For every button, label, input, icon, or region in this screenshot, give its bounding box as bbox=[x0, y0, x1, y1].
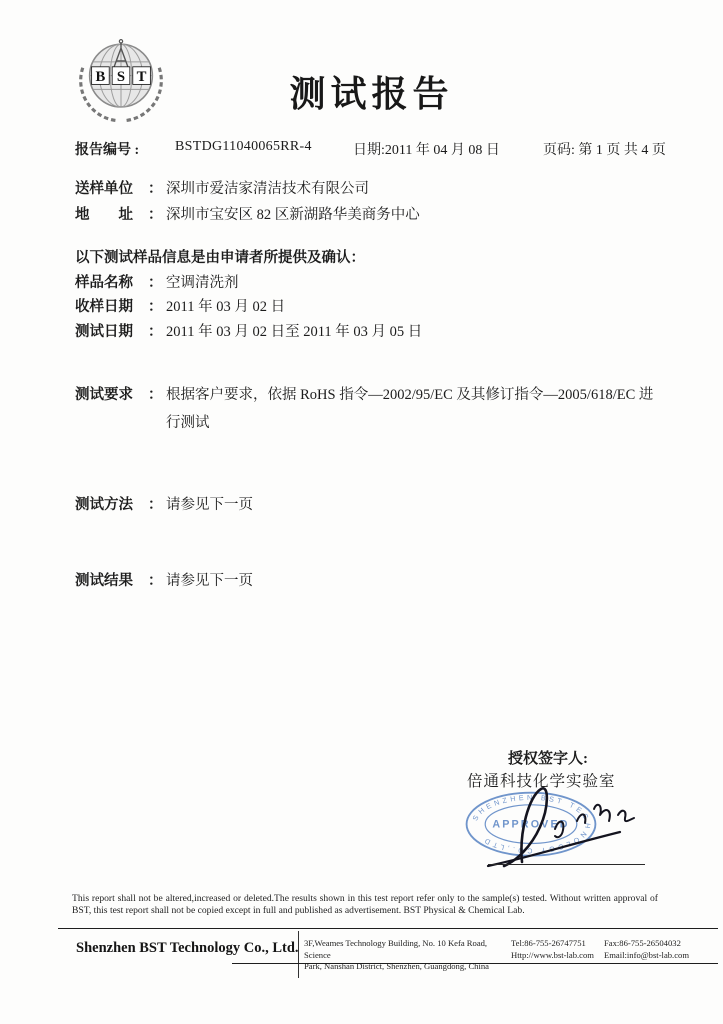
applicant-label: 送样单位 bbox=[75, 177, 148, 198]
test-method-label: 测试方法 bbox=[75, 493, 148, 514]
footer-top-rule bbox=[58, 928, 718, 929]
received-date-value: 2011 年 03 月 02 日 bbox=[166, 295, 285, 316]
test-method-value: 请参见下一页 bbox=[166, 493, 253, 514]
test-method-row: 测试方法 ： 请参见下一页 bbox=[75, 493, 253, 514]
address-row: 地 址 ： 深圳市宝安区 82 区新湖路华美商务中心 bbox=[75, 203, 420, 224]
colon: ： bbox=[148, 383, 166, 404]
test-result-label: 测试结果 bbox=[75, 569, 148, 590]
colon: ： bbox=[148, 177, 166, 198]
test-requirement-line2: 行测试 bbox=[166, 411, 210, 432]
footer-company-name: Shenzhen BST Technology Co., Ltd. bbox=[76, 940, 294, 957]
test-requirement-line1: 根据客户要求，依据 RoHS 指令—2002/95/EC 及其修订指令—2005… bbox=[166, 383, 653, 404]
footer-email: Email:info@bst-lab.com bbox=[604, 950, 716, 962]
address-label: 地 址 bbox=[75, 203, 148, 224]
footer-bottom-rule bbox=[232, 963, 718, 964]
report-no-label: 报告编号 : bbox=[75, 139, 175, 159]
report-page-info: 页码: 第 1 页 共 4 页 bbox=[543, 139, 666, 159]
test-date-value: 2011 年 03 月 02 日至 2011 年 03 月 05 日 bbox=[166, 320, 422, 341]
colon: ： bbox=[148, 493, 166, 514]
footer-tel: Tel:86-755-26747751 bbox=[511, 938, 603, 950]
received-date-label: 收样日期 bbox=[75, 295, 148, 316]
footer-fax: Fax:86-755-26504032 bbox=[604, 938, 716, 950]
footer-contact-left: Tel:86-755-26747751 Http://www.bst-lab.c… bbox=[511, 938, 603, 961]
applicant-value: 深圳市爱洁家清洁技术有限公司 bbox=[166, 177, 369, 198]
sample-name-value: 空调清洗剂 bbox=[166, 271, 239, 292]
test-result-row: 测试结果 ： 请参见下一页 bbox=[75, 569, 253, 590]
footer-divider bbox=[298, 931, 299, 978]
test-requirement-row: 测试要求 ： 根据客户要求，依据 RoHS 指令—2002/95/EC 及其修订… bbox=[75, 383, 653, 404]
received-date-row: 收样日期 ： 2011 年 03 月 02 日 bbox=[75, 295, 285, 316]
report-no-value: BSTDG11040065RR-4 bbox=[175, 139, 353, 159]
colon: ： bbox=[148, 569, 166, 590]
footer-address: 3F,Weames Technology Building, No. 10 Ke… bbox=[304, 938, 506, 973]
signature-line bbox=[488, 864, 645, 865]
test-date-row: 测试日期 ： 2011 年 03 月 02 日至 2011 年 03 月 05 … bbox=[75, 320, 422, 341]
test-requirement-label: 测试要求 bbox=[75, 383, 148, 404]
colon: ： bbox=[148, 295, 166, 316]
applicant-row: 送样单位 ： 深圳市爱洁家清洁技术有限公司 bbox=[75, 177, 369, 198]
sample-name-row: 样品名称 ： 空调清洗剂 bbox=[75, 271, 239, 292]
colon: ： bbox=[148, 271, 166, 292]
report-meta-line: 报告编号 : BSTDG11040065RR-4 日期:2011 年 04 月 … bbox=[75, 139, 675, 159]
sample-name-label: 样品名称 bbox=[75, 271, 148, 292]
address-value: 深圳市宝安区 82 区新湖路华美商务中心 bbox=[166, 203, 420, 224]
handwritten-signature bbox=[458, 768, 663, 870]
test-date-label: 测试日期 bbox=[75, 320, 148, 341]
test-result-value: 请参见下一页 bbox=[166, 569, 253, 590]
footer-address-line1: 3F,Weames Technology Building, No. 10 Ke… bbox=[304, 938, 506, 961]
footer-website: Http://www.bst-lab.com bbox=[511, 950, 603, 962]
colon: ： bbox=[148, 320, 166, 341]
sample-info-note: 以下测试样品信息是由申请者所提供及确认： bbox=[75, 246, 365, 267]
report-date: 日期:2011 年 04 月 08 日 bbox=[353, 139, 543, 159]
colon: ： bbox=[148, 203, 166, 224]
report-page: B S T 测试报告 报告编号 : BSTDG11040065RR-4 日期:2… bbox=[0, 0, 723, 1024]
authorized-signer-title: 授权签字人: bbox=[508, 747, 588, 768]
disclaimer-text: This report shall not be altered,increas… bbox=[72, 893, 658, 918]
footer-contact-right: Fax:86-755-26504032 Email:info@bst-lab.c… bbox=[604, 938, 716, 961]
page-title: 测试报告 bbox=[0, 66, 723, 117]
